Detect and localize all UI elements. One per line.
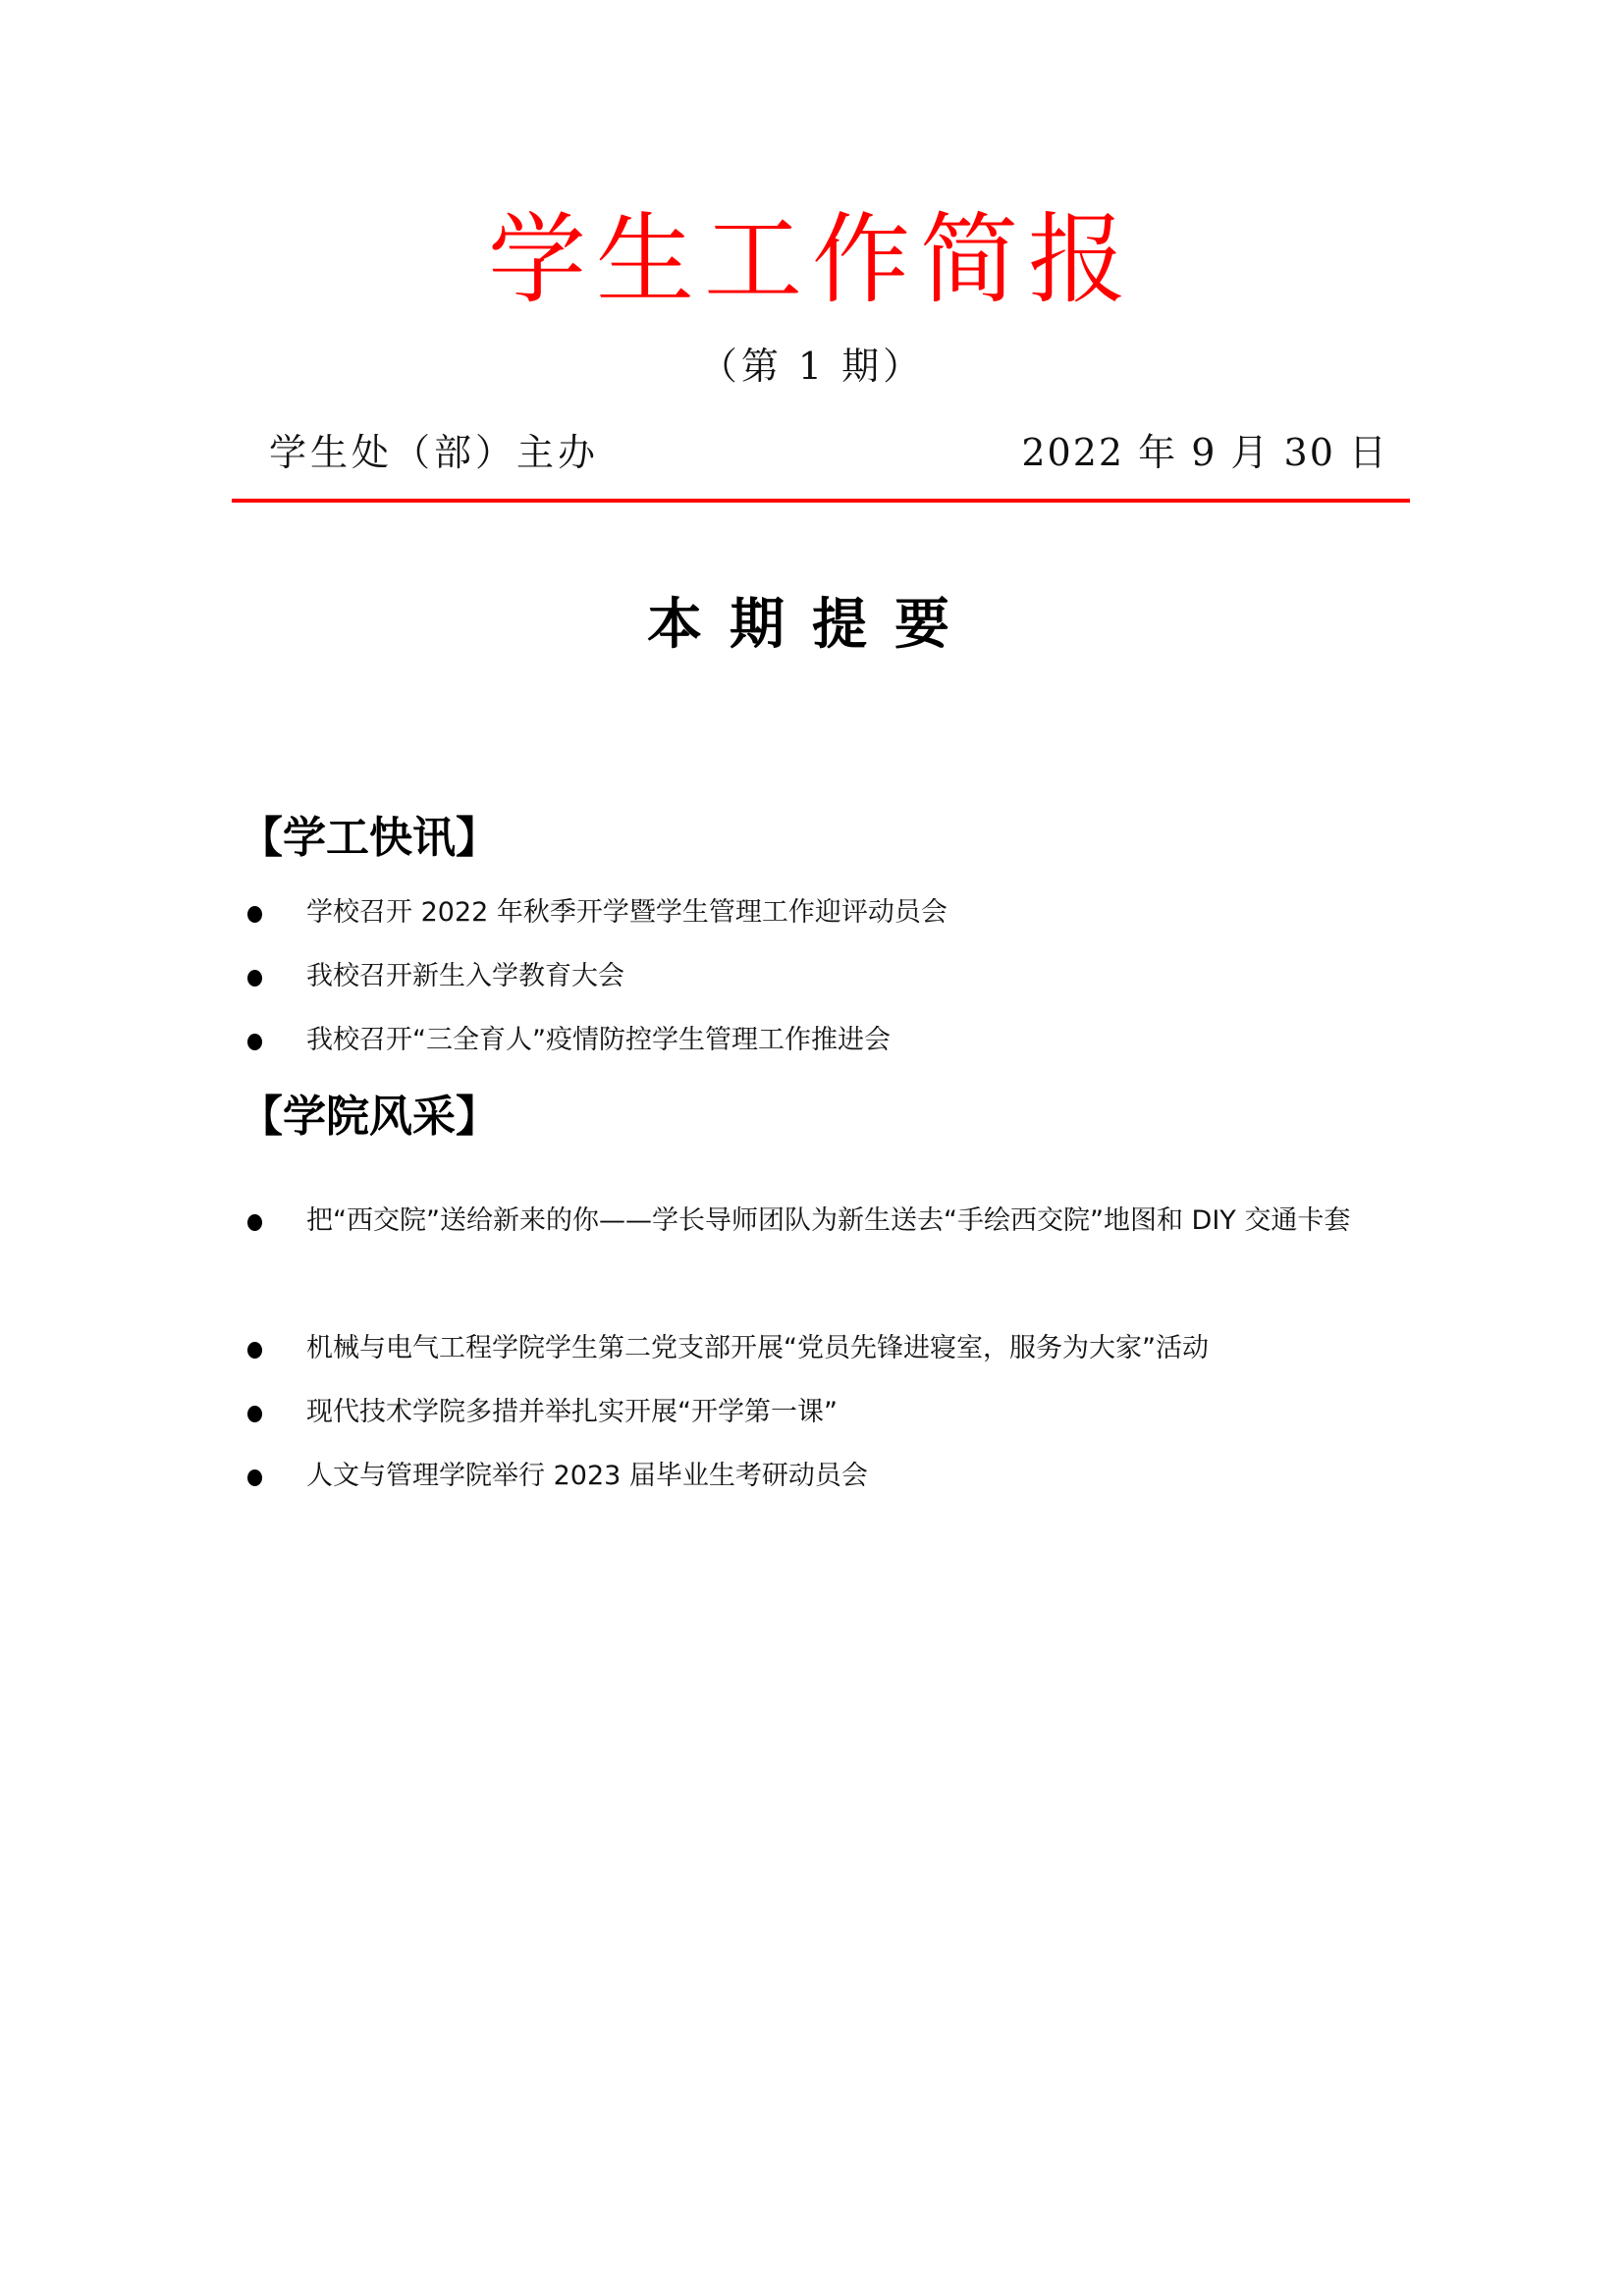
- list-item-text: 现代技术学院多措并举扎实开展“开学第一课”: [306, 1381, 1396, 1444]
- list-item: 机械与电气工程学院学生第二党支部开展“党员先锋进寝室，服务为大家”活动: [247, 1317, 1396, 1380]
- bullet-icon: [247, 1342, 262, 1359]
- newsletter-title: 学生工作简报: [0, 196, 1624, 324]
- bullet-icon: [247, 1034, 262, 1050]
- list-item: 我校召开“三全育人”疫情防控学生管理工作推进会: [247, 1009, 1396, 1072]
- section-heading-colleges: 【学院风采】: [240, 1090, 499, 1145]
- list-item-text: 机械与电气工程学院学生第二党支部开展“党员先锋进寝室，服务为大家”活动: [306, 1317, 1396, 1380]
- section-heading-news: 【学工快讯】: [240, 811, 499, 866]
- list-item: 我校召开新生入学教育大会: [247, 945, 1396, 1008]
- sponsor-label: 学生处（部）主办: [269, 428, 599, 477]
- list-item-text: 我校召开新生入学教育大会: [306, 945, 1396, 1008]
- list-item-text: 学校召开 2022 年秋季开学暨学生管理工作迎评动员会: [306, 881, 1396, 944]
- masthead-divider: [232, 499, 1410, 503]
- list-item-text: 我校召开“三全育人”疫情防控学生管理工作推进会: [306, 1009, 1396, 1072]
- bullet-icon: [247, 1406, 262, 1422]
- bullet-icon: [247, 1469, 262, 1486]
- list-item-text: 人文与管理学院举行 2023 届毕业生考研动员会: [306, 1445, 1396, 1508]
- issue-number: （第 1 期）: [0, 342, 1624, 391]
- list-item: 现代技术学院多措并举扎实开展“开学第一课”: [247, 1381, 1396, 1444]
- summary-heading: 本期提要: [0, 591, 1624, 660]
- list-item: 人文与管理学院举行 2023 届毕业生考研动员会: [247, 1445, 1396, 1508]
- bullet-icon: [247, 970, 262, 987]
- list-item: 学校召开 2022 年秋季开学暨学生管理工作迎评动员会: [247, 881, 1396, 944]
- publication-date: 2022 年 9 月 30 日: [1021, 428, 1388, 477]
- bullet-icon: [247, 906, 262, 923]
- bullet-icon: [247, 1214, 262, 1231]
- list-item-text: 把“西交院”送给新来的你——学长导师团队为新生送去“手绘西交院”地图和 DIY …: [306, 1190, 1396, 1253]
- list-item: 把“西交院”送给新来的你——学长导师团队为新生送去“手绘西交院”地图和 DIY …: [247, 1190, 1396, 1253]
